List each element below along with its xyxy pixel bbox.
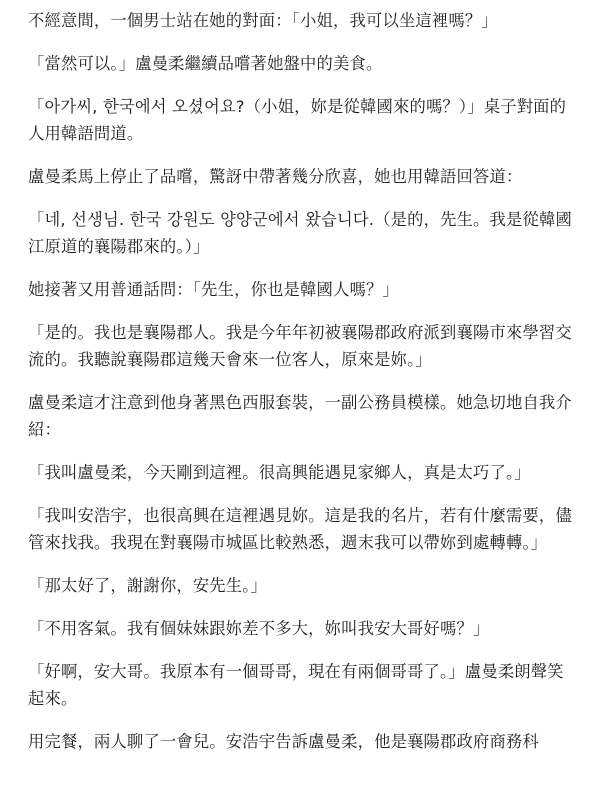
paragraph: 「不用客氣。我有個妹妹跟妳差不多大，妳叫我安大哥好嗎？」 (28, 615, 574, 642)
article-body: 不經意間，一個男士站在她的對面：「小姐，我可以坐這裡嗎？」 「當然可以。」盧曼柔… (28, 7, 574, 771)
paragraph: 盧曼柔這才注意到他身著黑色西服套裝，一副公務員模樣。她急切地自我介紹： (28, 389, 574, 443)
paragraph: 不經意間，一個男士站在她的對面：「小姐，我可以坐這裡嗎？」 (28, 7, 574, 34)
paragraph: 盧曼柔馬上停止了品嚐，驚訝中帶著幾分欣喜，她也用韓語回答道： (28, 163, 574, 190)
paragraph: 「那太好了，謝謝你，安先生。」 (28, 572, 574, 599)
paragraph: 「當然可以。」盧曼柔繼續品嚐著她盤中的美食。 (28, 50, 574, 77)
paragraph: 「好啊，安大哥。我原本有一個哥哥，現在有兩個哥哥了。」盧曼柔朗聲笑起來。 (28, 658, 574, 712)
paragraph: 「네, 선생님. 한국 강원도 양양군에서 왔습니다.（是的，先生。我是從韓國江… (28, 206, 574, 260)
paragraph: 「我叫盧曼柔，今天剛到這裡。很高興能遇見家鄉人，真是太巧了。」 (28, 459, 574, 486)
paragraph: 她接著又用普通話問：「先生，你也是韓國人嗎？」 (28, 276, 574, 303)
paragraph: 「아가씨, 한국에서 오셨어요?（小姐，妳是從韓國來的嗎？）」桌子對面的人用韓語… (28, 93, 574, 147)
paragraph: 「我叫安浩宇，也很高興在這裡遇見妳。這是我的名片，若有什麼需要，儘管來找我。我現… (28, 502, 574, 556)
paragraph: 「是的。我也是襄陽郡人。我是今年年初被襄陽郡政府派到襄陽市來學習交流的。我聽說襄… (28, 319, 574, 373)
paragraph: 用完餐，兩人聊了一會兒。安浩宇告訴盧曼柔，他是襄陽郡政府商務科 (28, 728, 574, 755)
